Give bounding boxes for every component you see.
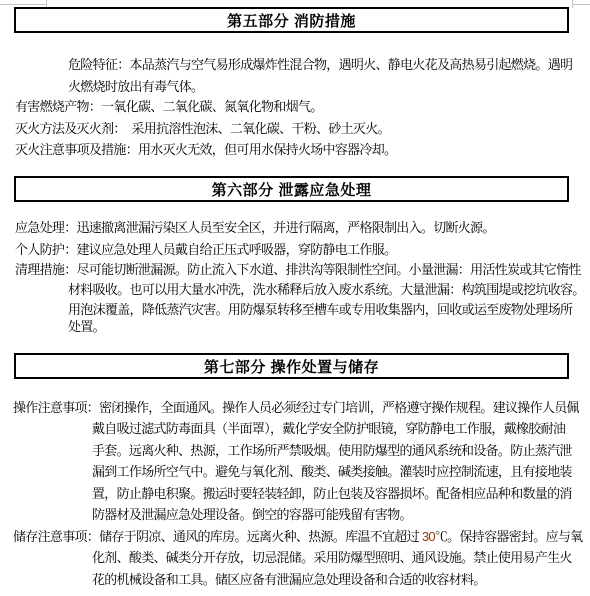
section-7-header-box: 第七部分 操作处置与储存 (14, 353, 569, 379)
storage-precautions-line-2: 化剂、酸类、碱类分开存放，切忌混储。采用防爆型照明、通风设施。禁止使用易产生火 (92, 549, 572, 566)
handling-precautions-line-6: 防器材及泄漏应急处理设备。倒空的容器可能残留有害物。 (92, 506, 412, 523)
emergency-treatment-line: 应急处理：迅速撤离泄漏污染区人员至安全区，并进行隔离，严格限制出入。切断火源。 (15, 219, 495, 236)
section-7-title: 第七部分 操作处置与储存 (204, 356, 379, 377)
hazard-characteristics-line-1: 危险特征：本品蒸汽与空气易形成爆炸性混合物，遇明火、静电火花及高热易引起燃烧。遇… (68, 56, 572, 73)
storage-temperature-value: 30 (422, 529, 435, 544)
table-remnant-line-top-left-h (0, 4, 46, 5)
msds-document-page: 第五部分 消防措施 危险特征：本品蒸汽与空气易形成爆炸性混合物，遇明火、静电火花… (0, 0, 590, 596)
section-6-header-box: 第六部分 泄露应急处理 (14, 176, 569, 202)
cleanup-measures-line-1: 清理措施：尽可能切断泄漏源。防止流入下水道、排洪沟等限制性空间。小量泄漏：用活性… (15, 261, 581, 278)
section-6-title: 第六部分 泄露应急处理 (212, 179, 372, 200)
section-5-title: 第五部分 消防措施 (227, 10, 356, 31)
handling-precautions-line-5: 置，防止静电积聚。搬运时要轻装轻卸，防止包装及容器损坏。配备相应品种和数量的消 (92, 485, 572, 502)
storage-precautions-line-1-pre: 储存注意事项：储存于阴凉、通风的库房。远离火种、热源。库温不宜超过 (13, 529, 422, 544)
extinguishing-methods-line: 灭火方法及灭火剂： 采用抗溶性泡沫、二氧化碳、干粉、砂土灭火。 (15, 120, 390, 137)
handling-precautions-line-1: 操作注意事项：密闭操作，全面通风。操作人员必须经过专门培训，严格遵守操作规程。建… (13, 399, 579, 416)
storage-precautions-line-3: 花的机械设备和工具。储区应备有泄漏应急处理设备和合适的收容材料。 (92, 571, 486, 588)
storage-precautions-line-1-post: ℃。保持容器密封。应与氧 (435, 529, 583, 544)
table-remnant-line-top-right-h (572, 4, 590, 5)
cleanup-measures-line-2: 材料吸收。也可以用大量水冲洗，洗水稀释后放入废水系统。大量泄漏：构筑围堤或挖坑收… (68, 281, 585, 298)
handling-precautions-line-3: 手套。远离火种、热源，工作场所严禁吸烟。使用防爆型的通风系统和设备。防止蒸汽泄 (92, 442, 572, 459)
hazard-characteristics-line-2: 火燃烧时放出有毒气体。 (68, 78, 203, 95)
harmful-combustion-products-line: 有害燃烧产物：一氧化碳、二氧化碳、氮氧化物和烟气。 (15, 98, 323, 115)
cleanup-measures-line-3: 用泡沫覆盖，降低蒸汽灾害。用防爆泵转移至槽车或专用收集器内，回收或运至废物处理场… (68, 301, 572, 318)
cleanup-measures-line-4: 处置。 (68, 318, 105, 335)
extinguishing-notes-line: 灭火注意事项及措施：用水灭火无效，但可用水保持火场中容器冷却。 (15, 141, 396, 158)
table-remnant-line-top-right-v (572, 0, 573, 8)
handling-precautions-line-4: 漏到工作场所空气中。避免与氧化剂、酸类、碱类接触。灌装时应控制流速，且有接地装 (92, 463, 572, 480)
handling-precautions-line-2: 戴自吸过滤式防毒面具（半面罩），戴化学安全防护眼镜，穿防静电工作服，戴橡胶耐油 (92, 420, 565, 437)
section-5-header-box: 第五部分 消防措施 (14, 7, 569, 33)
storage-precautions-line-1: 储存注意事项：储存于阴凉、通风的库房。远离火种、热源。库温不宜超过 30℃。保持… (13, 528, 582, 545)
personal-protection-line: 个人防护：建议应急处理人员戴自给正压式呼吸器，穿防静电工作服。 (15, 241, 396, 258)
